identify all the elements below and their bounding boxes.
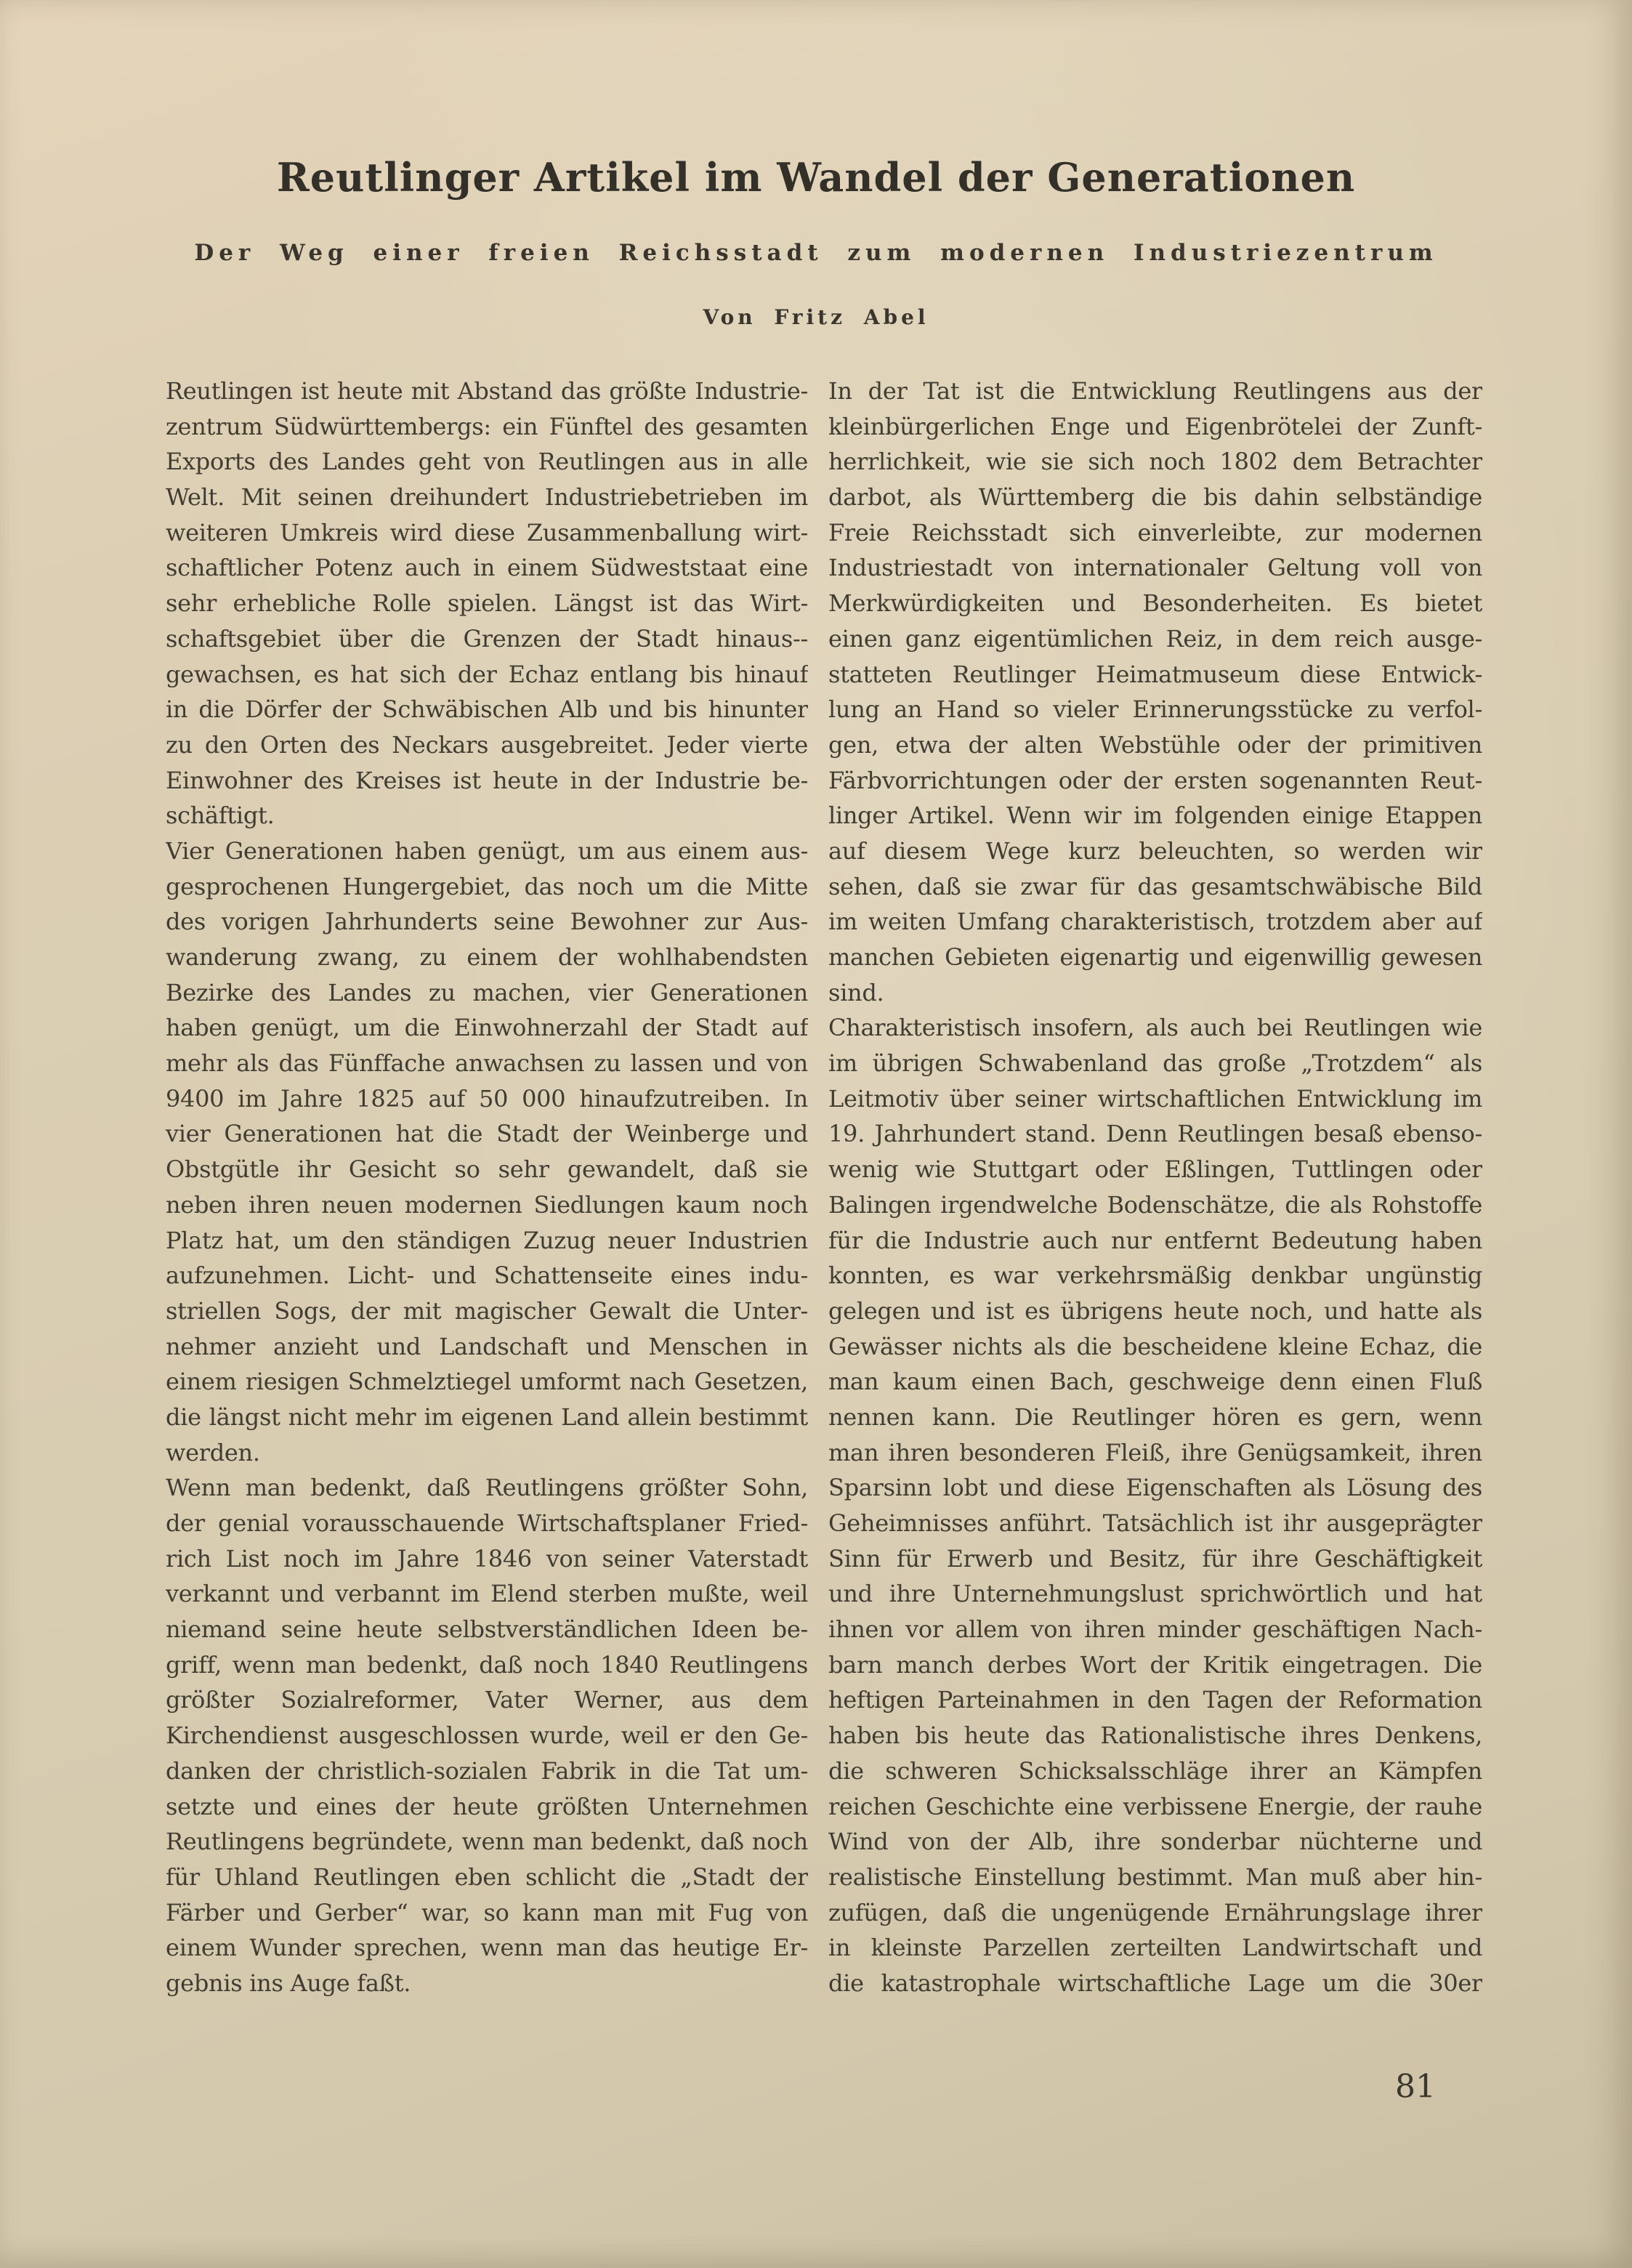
text-line: einen ganz eigentümlichen Reiz, in dem r… bbox=[828, 621, 1482, 657]
text-line: nehmer anzieht und Landschaft und Mensch… bbox=[166, 1329, 808, 1365]
page-title: Reutlinger Artikel im Wandel der Generat… bbox=[0, 154, 1632, 201]
text-line: gebnis ins Auge faßt. bbox=[166, 1966, 808, 2001]
text-line: einem Wunder sprechen, wenn man das heut… bbox=[166, 1930, 808, 1966]
text-line: Leitmotiv über seiner wirtschaftlichen E… bbox=[828, 1081, 1482, 1117]
text-line: realistische Einstellung bestimmt. Man m… bbox=[828, 1860, 1482, 1895]
text-line: Sinn für Erwerb und Besitz, für ihre Ges… bbox=[828, 1541, 1482, 1577]
text-line: Balingen irgendwelche Bodenschätze, die … bbox=[828, 1187, 1482, 1223]
text-line: barn manch derbes Wort der Kritik einget… bbox=[828, 1647, 1482, 1683]
text-line: Merkwürdigkeiten und Besonderheiten. Es … bbox=[828, 586, 1482, 621]
text-line: danken der christlich-sozialen Fabrik in… bbox=[166, 1754, 808, 1789]
text-line: einem riesigen Schmelztiegel umformt nac… bbox=[166, 1364, 808, 1400]
text-line: verkannt und verbannt im Elend sterben m… bbox=[166, 1576, 808, 1612]
text-line: zufügen, daß die ungenügende Ernährungsl… bbox=[828, 1895, 1482, 1931]
text-line: darbot, als Württemberg die bis dahin se… bbox=[828, 480, 1482, 515]
text-line: für Uhland Reutlingen eben schlicht die … bbox=[166, 1860, 808, 1895]
text-line: und ihre Unternehmungslust sprichwörtlic… bbox=[828, 1576, 1482, 1612]
text-line: man kaum einen Bach, geschweige denn ein… bbox=[828, 1364, 1482, 1400]
text-line: linger Artikel. Wenn wir im folgenden ei… bbox=[828, 798, 1482, 834]
text-line: größter Sozialreformer, Vater Werner, au… bbox=[166, 1682, 808, 1718]
text-line: 19. Jahrhundert stand. Denn Reutlingen b… bbox=[828, 1116, 1482, 1152]
text-line: weiteren Umkreis wird diese Zusammenball… bbox=[166, 515, 808, 551]
text-line: der genial vorausschauende Wirtschaftspl… bbox=[166, 1506, 808, 1541]
text-line: sehen, daß sie zwar für das gesamtschwäb… bbox=[828, 869, 1482, 905]
text-line: man ihren besonderen Fleiß, ihre Genügsa… bbox=[828, 1435, 1482, 1471]
text-line: vier Generationen hat die Stadt der Wein… bbox=[166, 1116, 808, 1152]
text-line: striellen Sogs, der mit magischer Gewalt… bbox=[166, 1294, 808, 1329]
text-line: griff, wenn man bedenkt, daß noch 1840 R… bbox=[166, 1647, 808, 1683]
text-line: herrlichkeit, wie sie sich noch 1802 dem… bbox=[828, 444, 1482, 480]
text-line: sind. bbox=[828, 975, 1482, 1011]
text-line: Kirchendienst ausgeschlossen wurde, weil… bbox=[166, 1718, 808, 1754]
text-line: wenig wie Stuttgart oder Eßlingen, Tuttl… bbox=[828, 1152, 1482, 1187]
text-line: Geheimnisses anführt. Tatsächlich ist ih… bbox=[828, 1506, 1482, 1541]
text-line: ihnen vor allem von ihren minder geschäf… bbox=[828, 1612, 1482, 1647]
text-line: manchen Gebieten eigenartig und eigenwil… bbox=[828, 940, 1482, 975]
text-line: sehr erhebliche Rolle spielen. Längst is… bbox=[166, 586, 808, 621]
text-line: gesprochenen Hungergebiet, das noch um d… bbox=[166, 869, 808, 905]
text-line: in die Dörfer der Schwäbischen Alb und b… bbox=[166, 692, 808, 727]
text-line: Obstgütle ihr Gesicht so sehr gewandelt,… bbox=[166, 1152, 808, 1187]
text-line: kleinbürgerlichen Enge und Eigenbrötelei… bbox=[828, 409, 1482, 445]
page-subtitle: Der Weg einer freien Reichsstadt zum mod… bbox=[0, 240, 1632, 266]
text-line: Wind von der Alb, ihre sonderbar nüchter… bbox=[828, 1824, 1482, 1860]
text-line: Industriestadt von internationaler Geltu… bbox=[828, 550, 1482, 586]
text-line: In der Tat ist die Entwicklung Reutlinge… bbox=[828, 374, 1482, 409]
text-line: Charakteristisch insofern, als auch bei … bbox=[828, 1010, 1482, 1046]
text-line: neben ihren neuen modernen Siedlungen ka… bbox=[166, 1187, 808, 1223]
text-line: die längst nicht mehr im eigenen Land al… bbox=[166, 1400, 808, 1435]
text-line: Reutlingen ist heute mit Abstand das grö… bbox=[166, 374, 808, 409]
text-line: aufzunehmen. Licht- und Schattenseite ei… bbox=[166, 1258, 808, 1294]
text-line: Wenn man bedenkt, daß Reutlingens größte… bbox=[166, 1470, 808, 1506]
text-line: reichen Geschichte eine verbissene Energ… bbox=[828, 1789, 1482, 1825]
text-line: rich List noch im Jahre 1846 von seiner … bbox=[166, 1541, 808, 1577]
text-line: Exports des Landes geht von Reutlingen a… bbox=[166, 444, 808, 480]
text-line: konnten, es war verkehrsmäßig denkbar un… bbox=[828, 1258, 1482, 1294]
text-line: schaftsgebiet über die Grenzen der Stadt… bbox=[166, 621, 808, 657]
text-line: des vorigen Jahrhunderts seine Bewohner … bbox=[166, 904, 808, 940]
text-line: setzte und eines der heute größten Unter… bbox=[166, 1789, 808, 1825]
text-line: Platz hat, um den ständigen Zuzug neuer … bbox=[166, 1223, 808, 1259]
byline: Von Fritz Abel bbox=[0, 305, 1632, 329]
text-line: Bezirke des Landes zu machen, vier Gener… bbox=[166, 975, 808, 1011]
text-line: die schweren Schicksalsschläge ihrer an … bbox=[828, 1754, 1482, 1789]
text-line: Sparsinn lobt und diese Eigenschaften al… bbox=[828, 1470, 1482, 1506]
text-line: zentrum Südwürttembergs: ein Fünftel des… bbox=[166, 409, 808, 445]
text-line: mehr als das Fünffache anwachsen zu lass… bbox=[166, 1046, 808, 1081]
text-line: zu den Orten des Neckars ausgebreitet. J… bbox=[166, 727, 808, 763]
text-line: Färbvorrichtungen oder der ersten sogena… bbox=[828, 763, 1482, 799]
text-line: gelegen und ist es übrigens heute noch, … bbox=[828, 1294, 1482, 1329]
right-text-column: In der Tat ist die Entwicklung Reutlinge… bbox=[828, 374, 1482, 2001]
text-line: lung an Hand so vieler Erinnerungsstücke… bbox=[828, 692, 1482, 727]
text-line: statteten Reutlinger Heimatmuseum diese … bbox=[828, 657, 1482, 693]
page-number: 81 bbox=[1343, 2068, 1488, 2105]
book-page: Reutlinger Artikel im Wandel der Generat… bbox=[0, 0, 1632, 2268]
text-line: Färber und Gerber“ war, so kann man mit … bbox=[166, 1895, 808, 1931]
text-line: Freie Reichsstadt sich einverleibte, zur… bbox=[828, 515, 1482, 551]
text-line: im übrigen Schwabenland das große „Trotz… bbox=[828, 1046, 1482, 1081]
text-line: niemand seine heute selbstverständlichen… bbox=[166, 1612, 808, 1647]
text-line: in kleinste Parzellen zerteilten Landwir… bbox=[828, 1930, 1482, 1966]
text-line: schäftigt. bbox=[166, 798, 808, 834]
text-line: die katastrophale wirtschaftliche Lage u… bbox=[828, 1966, 1482, 2001]
text-line: heftigen Parteinahmen in den Tagen der R… bbox=[828, 1682, 1482, 1718]
text-line: haben bis heute das Rationalistische ihr… bbox=[828, 1718, 1482, 1754]
text-line: Vier Generationen haben genügt, um aus e… bbox=[166, 834, 808, 869]
text-line: gewachsen, es hat sich der Echaz entlang… bbox=[166, 657, 808, 693]
left-text-column: Reutlingen ist heute mit Abstand das grö… bbox=[166, 374, 808, 2001]
text-line: Reutlingens begründete, wenn man bedenkt… bbox=[166, 1824, 808, 1860]
text-line: nennen kann. Die Reutlinger hören es ger… bbox=[828, 1400, 1482, 1435]
text-line: schaftlicher Potenz auch in einem Südwes… bbox=[166, 550, 808, 586]
text-line: werden. bbox=[166, 1435, 808, 1471]
text-line: im weiten Umfang charakteristisch, trotz… bbox=[828, 904, 1482, 940]
text-line: haben genügt, um die Einwohnerzahl der S… bbox=[166, 1010, 808, 1046]
text-line: Welt. Mit seinen dreihundert Industriebe… bbox=[166, 480, 808, 515]
text-line: Gewässer nichts als die bescheidene klei… bbox=[828, 1329, 1482, 1365]
text-line: Einwohner des Kreises ist heute in der I… bbox=[166, 763, 808, 799]
text-line: auf diesem Wege kurz beleuchten, so werd… bbox=[828, 834, 1482, 869]
text-line: 9400 im Jahre 1825 auf 50 000 hinaufzutr… bbox=[166, 1081, 808, 1117]
text-line: gen, etwa der alten Webstühle oder der p… bbox=[828, 727, 1482, 763]
text-line: für die Industrie auch nur entfernt Bede… bbox=[828, 1223, 1482, 1259]
text-line: wanderung zwang, zu einem der wohlhabend… bbox=[166, 940, 808, 975]
